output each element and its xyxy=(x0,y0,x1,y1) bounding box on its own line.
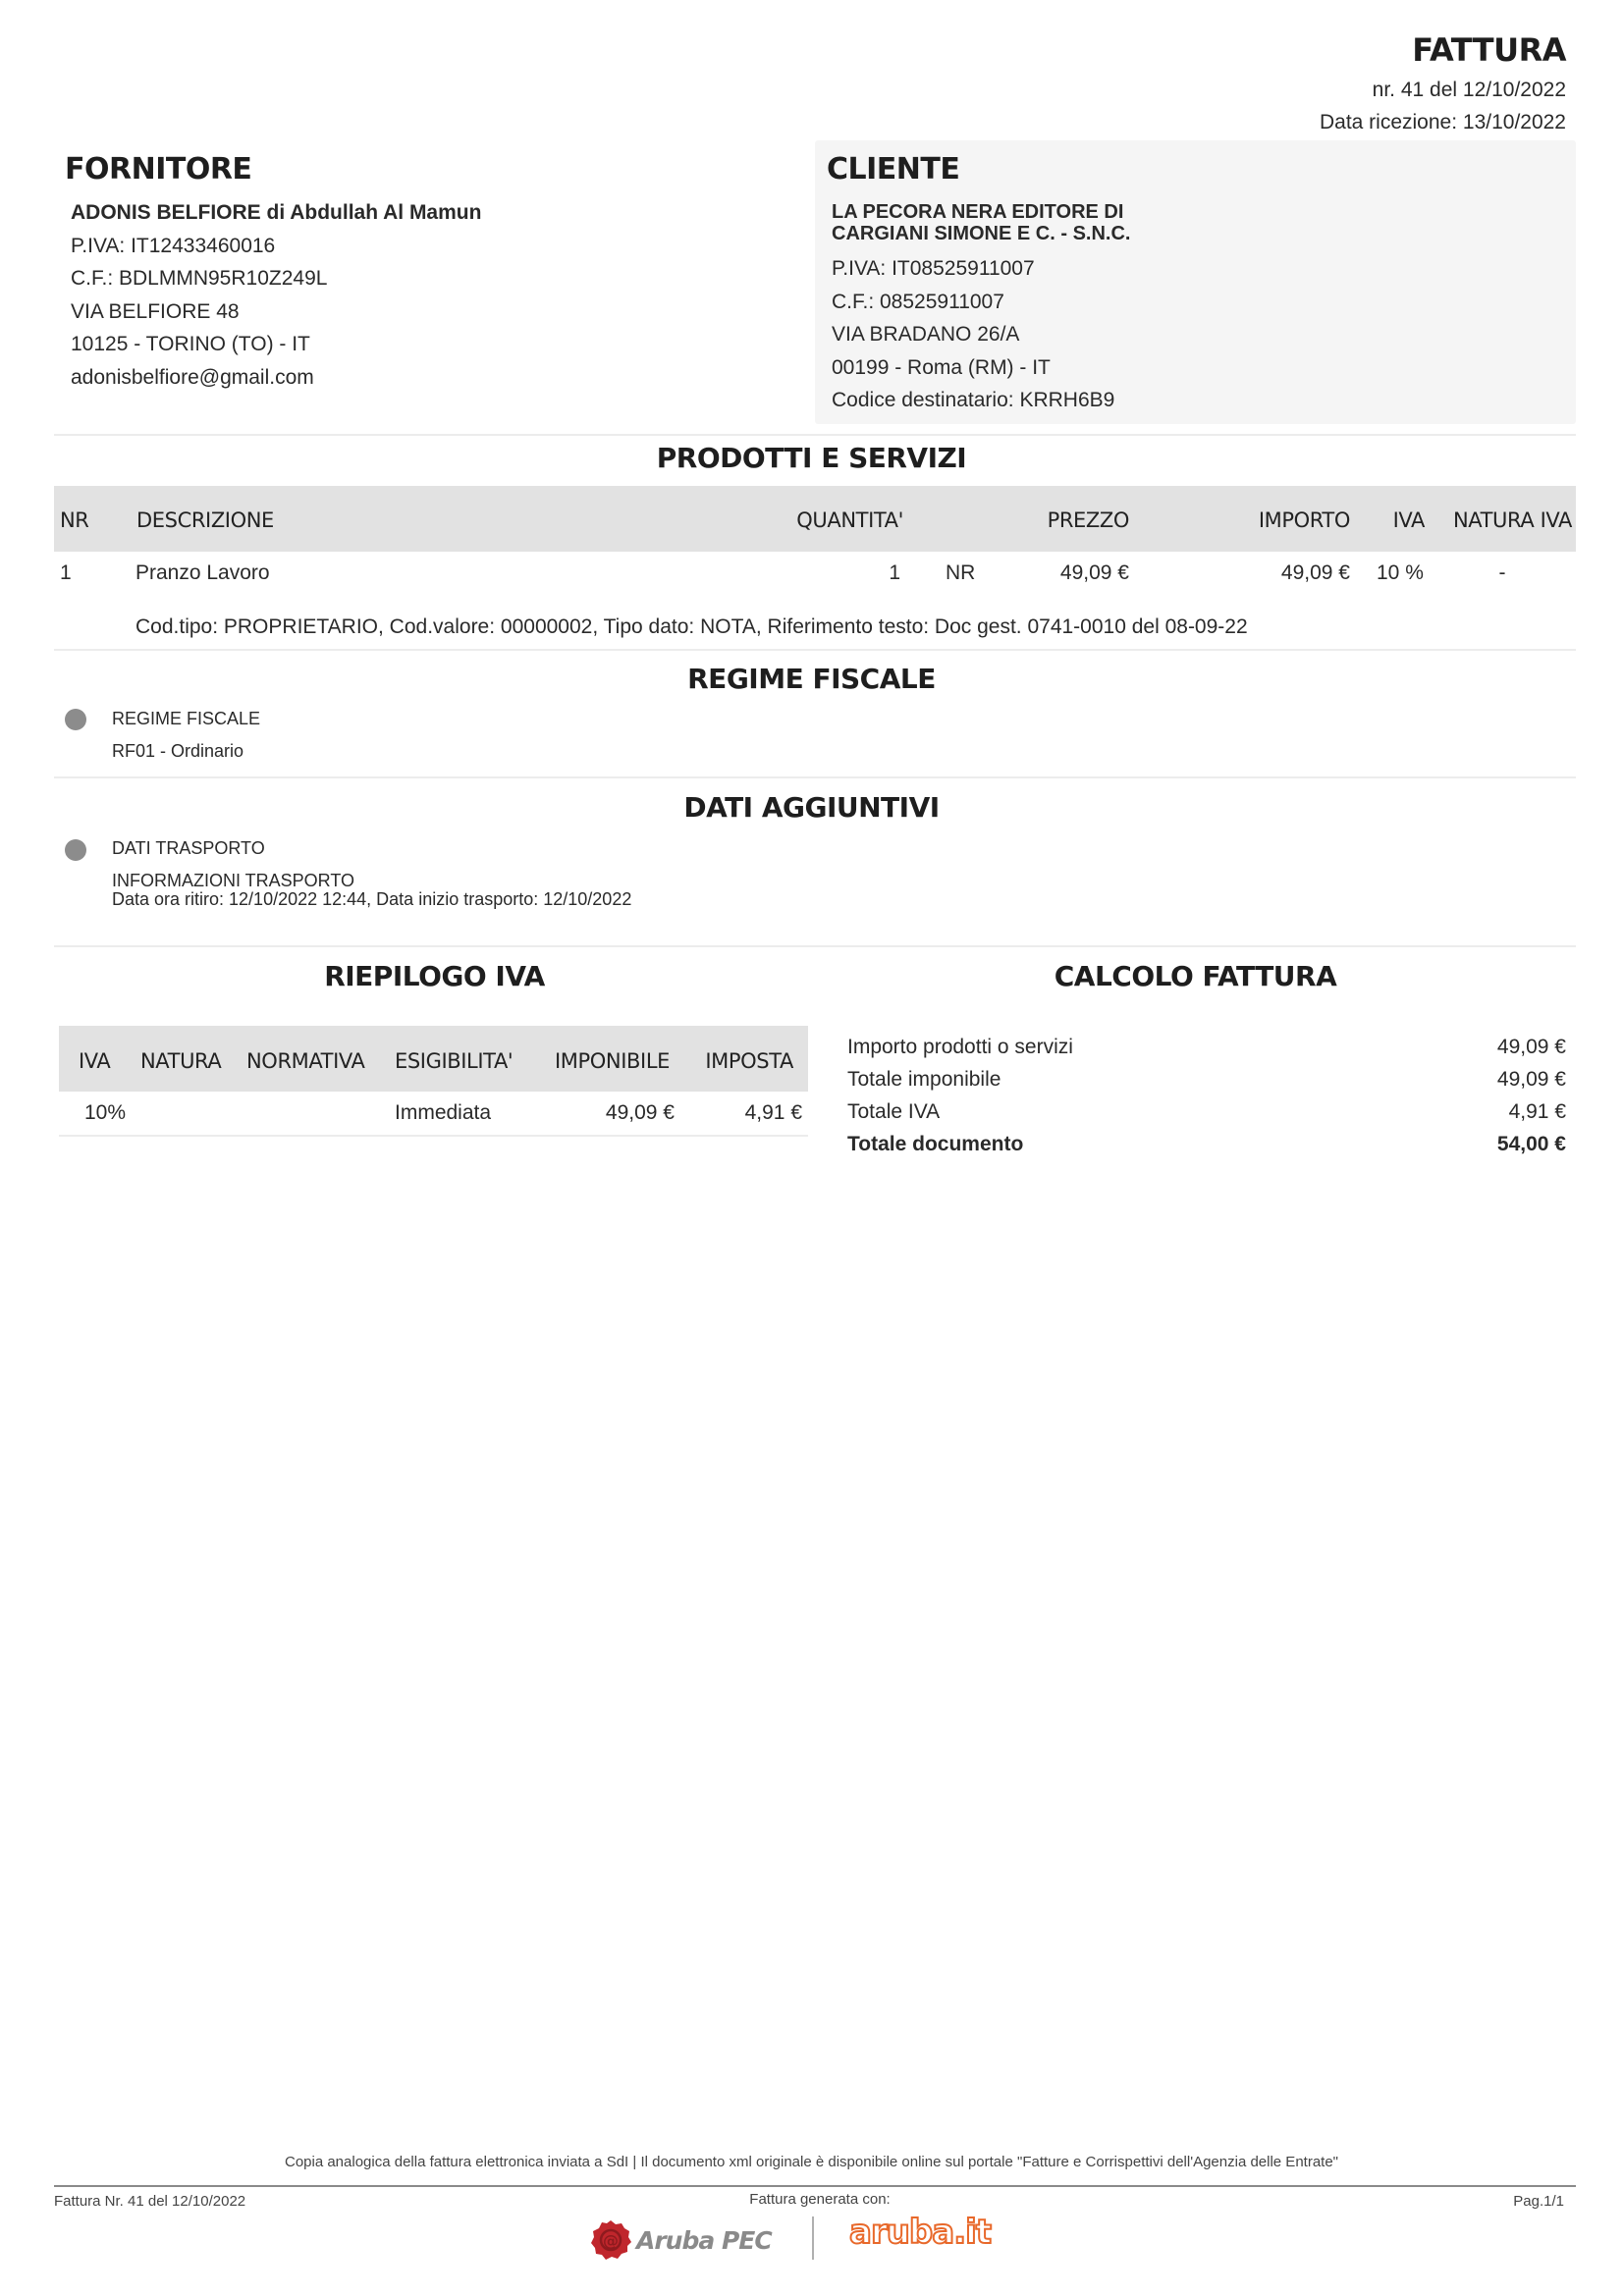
invoice-number: nr. 41 del 12/10/2022 xyxy=(1373,79,1566,102)
footer-divider xyxy=(54,2185,1576,2187)
row-amount: 49,09 € xyxy=(1281,561,1350,585)
row-vat: 10 % xyxy=(1377,561,1424,585)
divider xyxy=(59,1135,808,1137)
col-quantity: QUANTITA' xyxy=(796,508,903,532)
calc-value: 49,09 € xyxy=(1497,1036,1566,1059)
calc-value: 4,91 € xyxy=(1509,1100,1566,1124)
calc-label: Totale imponibile xyxy=(847,1068,1001,1092)
wax-seal-icon: @ xyxy=(589,2218,632,2262)
vat-col-regulation: NORMATIVA xyxy=(246,1049,365,1073)
row-note: Cod.tipo: PROPRIETARIO, Cod.valore: 0000… xyxy=(135,615,1248,639)
row-price: 49,09 € xyxy=(1060,561,1129,585)
footer-disclaimer: Copia analogica della fattura elettronic… xyxy=(0,2154,1623,2170)
footer-page: Pag.1/1 xyxy=(1513,2193,1564,2210)
vat-col-taxable: IMPONIBILE xyxy=(555,1049,670,1073)
invoice-calc-heading: CALCOLO FATTURA xyxy=(815,960,1576,992)
vat-summary-heading: RIEPILOGO IVA xyxy=(54,960,815,992)
calc-label: Totale IVA xyxy=(847,1100,940,1124)
col-amount: IMPORTO xyxy=(1259,508,1350,532)
client-city: 00199 - Roma (RM) - IT xyxy=(832,356,1051,380)
divider xyxy=(54,649,1576,651)
divider xyxy=(54,776,1576,778)
supplier-heading: FORNITORE xyxy=(65,152,251,187)
vat-col-vat: IVA xyxy=(79,1049,110,1073)
row-unit: NR xyxy=(946,561,975,585)
calc-value: 49,09 € xyxy=(1497,1068,1566,1092)
supplier-tax-code: C.F.: BDLMMN95R10Z249L xyxy=(71,267,327,291)
footer-generated-with: Fattura generata con: xyxy=(687,2191,952,2208)
client-name: LA PECORA NERA EDITORE DI CARGIANI SIMON… xyxy=(832,201,1130,244)
client-section: CLIENTE LA PECORA NERA EDITORE DI CARGIA… xyxy=(815,140,1576,424)
client-tax-code: C.F.: 08525911007 xyxy=(832,291,1004,314)
client-address: VIA BRADANO 26/A xyxy=(832,323,1019,347)
supplier-city: 10125 - TORINO (TO) - IT xyxy=(71,333,310,356)
aruba-it-logo: aruba.it xyxy=(849,2213,991,2252)
client-name-line1: LA PECORA NERA EDITORE DI xyxy=(832,201,1130,223)
vat-row-taxable: 49,09 € xyxy=(606,1101,675,1125)
row-vat-nature: - xyxy=(1473,561,1532,585)
vat-col-nature: NATURA xyxy=(140,1049,221,1073)
client-recipient-code: Codice destinatario: KRRH6B9 xyxy=(832,389,1114,412)
client-heading: CLIENTE xyxy=(827,152,959,187)
col-nr: NR xyxy=(60,508,89,532)
additional-heading: DATI AGGIUNTIVI xyxy=(0,791,1623,824)
calc-total-value: 54,00 € xyxy=(1497,1133,1566,1156)
document-title: FATTURA xyxy=(1412,31,1566,69)
receipt-date: Data ricezione: 13/10/2022 xyxy=(1320,111,1566,134)
logo-separator xyxy=(812,2216,814,2260)
col-vat: IVA xyxy=(1393,508,1425,532)
row-nr: 1 xyxy=(60,561,72,585)
calc-total-label: Totale documento xyxy=(847,1133,1023,1156)
svg-text:@: @ xyxy=(603,2231,619,2250)
transport-label: DATI TRASPORTO xyxy=(112,838,265,859)
transport-value: Data ora ritiro: 12/10/2022 12:44, Data … xyxy=(112,889,631,909)
supplier-vat: P.IVA: IT12433460016 xyxy=(71,235,275,258)
tax-regime-value: RF01 - Ordinario xyxy=(112,741,243,762)
aruba-pec-text: Aruba PEC xyxy=(636,2226,772,2255)
client-name-line2: CARGIANI SIMONE E C. - S.N.C. xyxy=(832,223,1130,244)
footer-invoice-ref: Fattura Nr. 41 del 12/10/2022 xyxy=(54,2193,245,2210)
aruba-pec-logo: @ Aruba PEC xyxy=(589,2220,785,2260)
products-heading: PRODOTTI E SERVIZI xyxy=(0,442,1623,474)
vat-col-chargeability: ESIGIBILITA' xyxy=(395,1049,513,1073)
col-vat-nature: NATURA IVA xyxy=(1453,508,1572,532)
row-quantity: 1 xyxy=(889,561,900,585)
divider xyxy=(54,434,1576,436)
supplier-address: VIA BELFIORE 48 xyxy=(71,300,240,324)
transport-sub-label: INFORMAZIONI TRASPORTO xyxy=(112,871,354,890)
divider xyxy=(54,945,1576,947)
bullet-icon xyxy=(65,839,86,861)
row-description: Pranzo Lavoro xyxy=(135,561,270,585)
client-vat: P.IVA: IT08525911007 xyxy=(832,257,1035,281)
col-price: PREZZO xyxy=(1048,508,1129,532)
vat-row-rate: 10% xyxy=(84,1101,126,1125)
supplier-name: ADONIS BELFIORE di Abdullah Al Mamun xyxy=(71,201,481,225)
supplier-email: adonisbelfiore@gmail.com xyxy=(71,366,314,390)
vat-row-chargeability: Immediata xyxy=(395,1101,491,1125)
vat-col-tax: IMPOSTA xyxy=(705,1049,793,1073)
bullet-icon xyxy=(65,709,86,730)
tax-regime-heading: REGIME FISCALE xyxy=(0,663,1623,695)
calc-label: Importo prodotti o servizi xyxy=(847,1036,1073,1059)
vat-row-tax: 4,91 € xyxy=(745,1101,802,1125)
col-description: DESCRIZIONE xyxy=(136,508,274,532)
tax-regime-label: REGIME FISCALE xyxy=(112,709,260,729)
